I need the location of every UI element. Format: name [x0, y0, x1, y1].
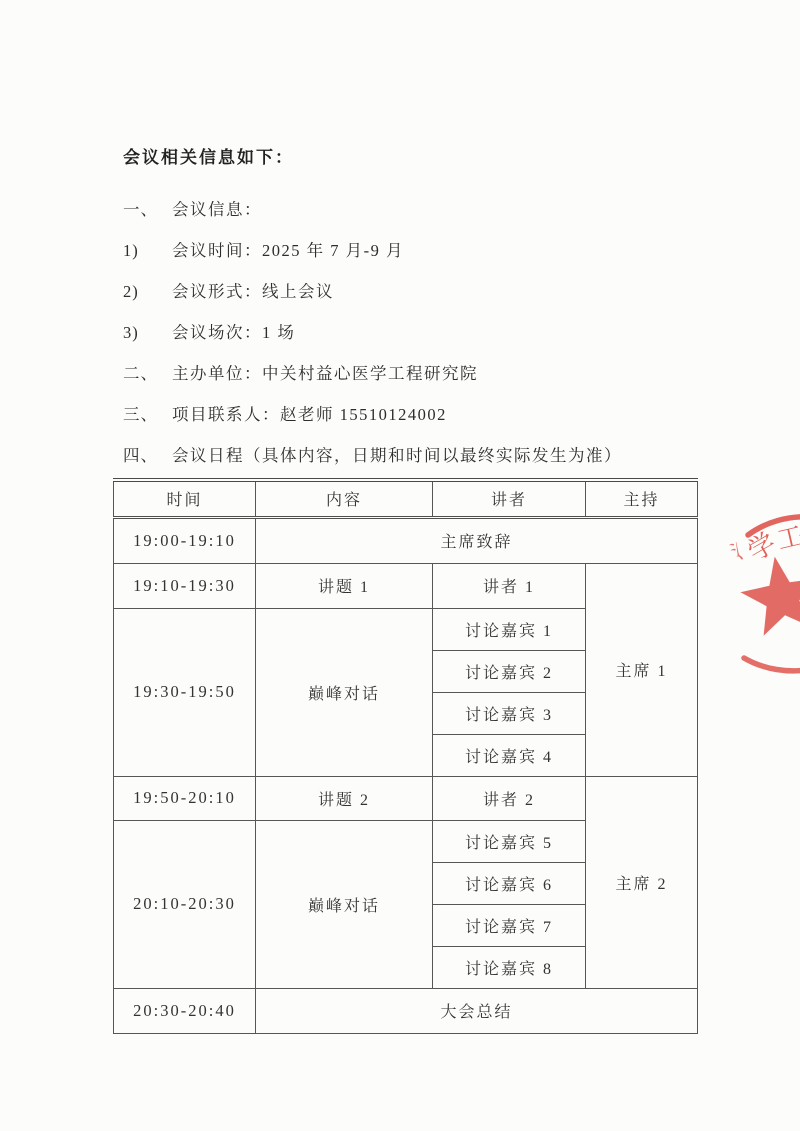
stamp-char-fragment: 氵 [725, 531, 758, 564]
cell-guest: 讨论嘉宾 3 [433, 692, 586, 734]
list-item: 三、项目联系人：赵老师 15510124002 [123, 406, 723, 424]
cell-time: 19:10-19:30 [114, 563, 256, 608]
cell-guest: 讨论嘉宾 7 [433, 904, 586, 946]
cell-content: 讲题 2 [256, 776, 433, 820]
document-page: 会议相关信息如下： 一、会议信息： 1)会议时间：2025 年 7 月-9 月 … [0, 0, 800, 1131]
cell-guest: 讨论嘉宾 2 [433, 650, 586, 692]
header-host: 主持 [586, 480, 698, 517]
cell-content: 巅峰对话 [256, 608, 433, 776]
cell-guest: 讨论嘉宾 1 [433, 608, 586, 650]
list-item: 一、会议信息： [123, 201, 723, 219]
list-text: 主办单位：中关村益心医学工程研究院 [172, 364, 478, 383]
list-marker: 一、 [123, 201, 172, 219]
list-text: 会议日程（具体内容，日期和时间以最终实际发生为准） [172, 446, 622, 465]
list-text: 会议时间：2025 年 7 月-9 月 [172, 241, 404, 260]
list-item: 1)会议时间：2025 年 7 月-9 月 [123, 242, 723, 260]
cell-time: 19:00-19:10 [114, 517, 256, 563]
list-text: 会议形式：线上会议 [172, 282, 334, 301]
cell-guest: 讨论嘉宾 6 [433, 862, 586, 904]
table-row-closing: 20:30-20:40 大会总结 [114, 988, 698, 1033]
table-row-opening: 19:00-19:10 主席致辞 [114, 517, 698, 563]
stamp-ring-bottom-arc [744, 658, 800, 671]
meeting-info-section: 会议相关信息如下： 一、会议信息： 1)会议时间：2025 年 7 月-9 月 … [123, 148, 723, 488]
list-item: 2)会议形式：线上会议 [123, 283, 723, 301]
cell-guest: 讨论嘉宾 5 [433, 820, 586, 862]
cell-speaker: 讲者 1 [433, 563, 586, 608]
cell-content: 大会总结 [256, 988, 698, 1033]
cell-host-2: 主席 2 [586, 776, 698, 988]
list-text: 会议场次：1 场 [172, 323, 295, 342]
stamp-char-1: 学 [743, 527, 781, 566]
cell-guest: 讨论嘉宾 4 [433, 734, 586, 776]
list-marker: 3) [123, 324, 172, 342]
list-marker: 四、 [123, 447, 172, 465]
list-marker: 2) [123, 283, 172, 301]
cell-time: 19:50-20:10 [114, 776, 256, 820]
schedule-table: 时间 内容 讲者 主持 19:00-19:10 主席致辞 19:10-19:30… [113, 478, 698, 1034]
list-marker: 1) [123, 242, 172, 260]
header-content: 内容 [256, 480, 433, 517]
cell-host-1: 主席 1 [586, 563, 698, 776]
cell-time: 19:30-19:50 [114, 608, 256, 776]
table-header-row: 时间 内容 讲者 主持 [114, 480, 698, 517]
list-item: 四、会议日程（具体内容，日期和时间以最终实际发生为准） [123, 447, 723, 465]
list-item: 二、主办单位：中关村益心医学工程研究院 [123, 365, 723, 383]
cell-time: 20:30-20:40 [114, 988, 256, 1033]
cell-speaker: 讲者 2 [433, 776, 586, 820]
star-icon [740, 557, 800, 636]
header-speaker: 讲者 [433, 480, 586, 517]
official-stamp: 氵 学 工 程 [700, 495, 800, 695]
stamp-char-2: 工 [774, 521, 800, 555]
cell-guest: 讨论嘉宾 8 [433, 946, 586, 988]
header-time: 时间 [114, 480, 256, 517]
document-heading: 会议相关信息如下： [123, 148, 723, 168]
cell-content: 讲题 1 [256, 563, 433, 608]
list-text: 会议信息： [172, 200, 262, 219]
list-item: 3)会议场次：1 场 [123, 324, 723, 342]
stamp-ring-top-arc [748, 517, 800, 535]
list-text: 项目联系人：赵老师 15510124002 [172, 405, 447, 424]
list-marker: 三、 [123, 406, 172, 424]
cell-content: 巅峰对话 [256, 820, 433, 988]
table-row-talk1: 19:10-19:30 讲题 1 讲者 1 主席 1 [114, 563, 698, 608]
table-row-talk2: 19:50-20:10 讲题 2 讲者 2 主席 2 [114, 776, 698, 820]
cell-content: 主席致辞 [256, 517, 698, 563]
list-marker: 二、 [123, 365, 172, 383]
cell-time: 20:10-20:30 [114, 820, 256, 988]
